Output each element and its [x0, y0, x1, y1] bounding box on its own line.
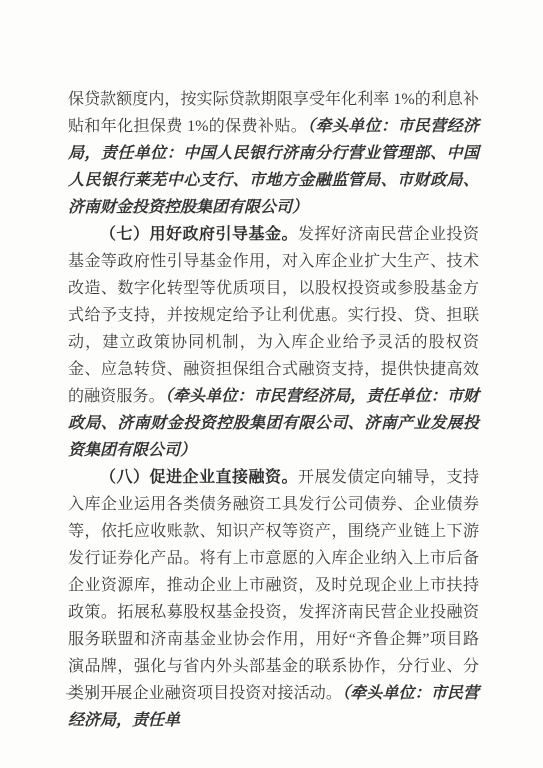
document-body: 保贷款额度内，按实际贷款期限享受年化利率 1%的利息补贴和年化担保费 1%的保费… [68, 86, 479, 734]
page-number: — 6 — [66, 684, 123, 704]
paragraph-section-8: （八）促进企业直接融资。开展发债定向辅导，支持入库企业运用各类债务融资工具发行公… [68, 464, 479, 734]
paragraph-section-7: （七）用好政府引导基金。发挥好济南民营企业投资基金等政府性引导基金作用，对入库企… [68, 221, 479, 464]
section-8-heading: （八）促进企业直接融资。 [100, 469, 298, 486]
paragraph-continuation: 保贷款额度内，按实际贷款期限享受年化利率 1%的利息补贴和年化担保费 1%的保费… [68, 86, 479, 221]
document-page: 保贷款额度内，按实际贷款期限享受年化利率 1%的利息补贴和年化担保费 1%的保费… [0, 0, 543, 768]
body-text: 开展发债定向辅导，支持入库企业运用各类债务融资工具发行公司债券、企业债券等，依托… [68, 469, 479, 702]
section-7-heading: （七）用好政府引导基金。 [100, 226, 298, 243]
body-text: 发挥好济南民营企业投资基金等政府性引导基金作用，对入库企业扩大生产、技术改造、数… [68, 226, 479, 405]
